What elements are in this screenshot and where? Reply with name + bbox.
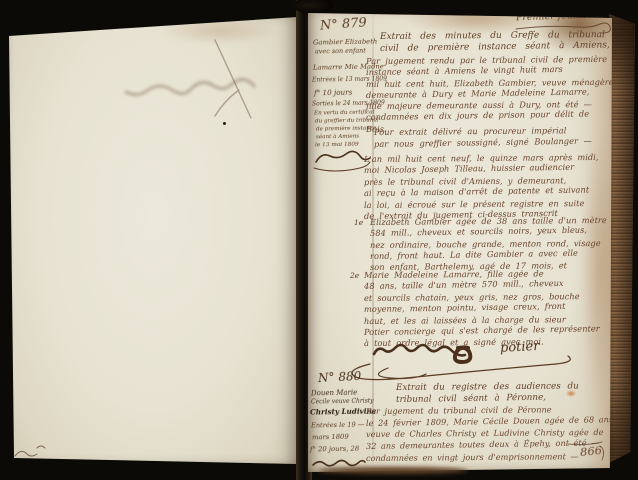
margin-note: Cécile veuve Christy (311, 397, 374, 405)
entry-879-prisoner-1: Elizabeth Gambier agée de 38 ans taille … (370, 217, 607, 273)
huissier-signature (330, 338, 580, 384)
left-blank-page (9, 12, 298, 467)
concierge-signature: potier (500, 339, 540, 356)
entry-879-judgment-paragraph: Par jugement rendu par le tribunal civil… (366, 56, 614, 135)
margin-note: Douen Marie (311, 389, 357, 398)
margin-note: avec son enfant (315, 47, 366, 56)
margin-note: f° 10 jours (314, 88, 352, 98)
folio-flourish (566, 438, 606, 464)
entry-879-ecrou-paragraph: L'an mil huit cent neuf, le quinze mars … (364, 154, 598, 222)
entry-879-heading: Extrait des minutes du Greffe du tribuna… (380, 32, 610, 55)
margin-note: Gambier Elizabeth (313, 37, 377, 46)
corner-scribble (11, 440, 51, 464)
margin-note: séant à Amiens (316, 134, 359, 141)
margin-note: f° 20 jours, 28 (310, 445, 359, 454)
entry-880-heading: Extrait du registre des audiences dutrib… (396, 382, 579, 406)
margin-note: Entrées le 19 — (311, 421, 364, 430)
scanned-register-spread: Premier feuillet N° 879 Gambier Elizabet… (0, 0, 638, 480)
item-2-marker: 2e (350, 271, 359, 280)
item-1-marker: 1e (354, 218, 363, 227)
entry-879-extrait-paragraph: Pour extrait délivré au procureur impéri… (374, 127, 592, 150)
entry-879-number: N° 879 (320, 15, 368, 33)
headband-knot (293, 0, 333, 14)
margin-note: mars 1809 (312, 433, 349, 442)
right-manuscript-page: Premier feuillet N° 879 Gambier Elizabet… (308, 8, 612, 472)
pen-offset-stroke (199, 34, 269, 134)
bottom-edge-smudge (318, 467, 468, 474)
entry-880-number: N° 880 (318, 369, 362, 385)
